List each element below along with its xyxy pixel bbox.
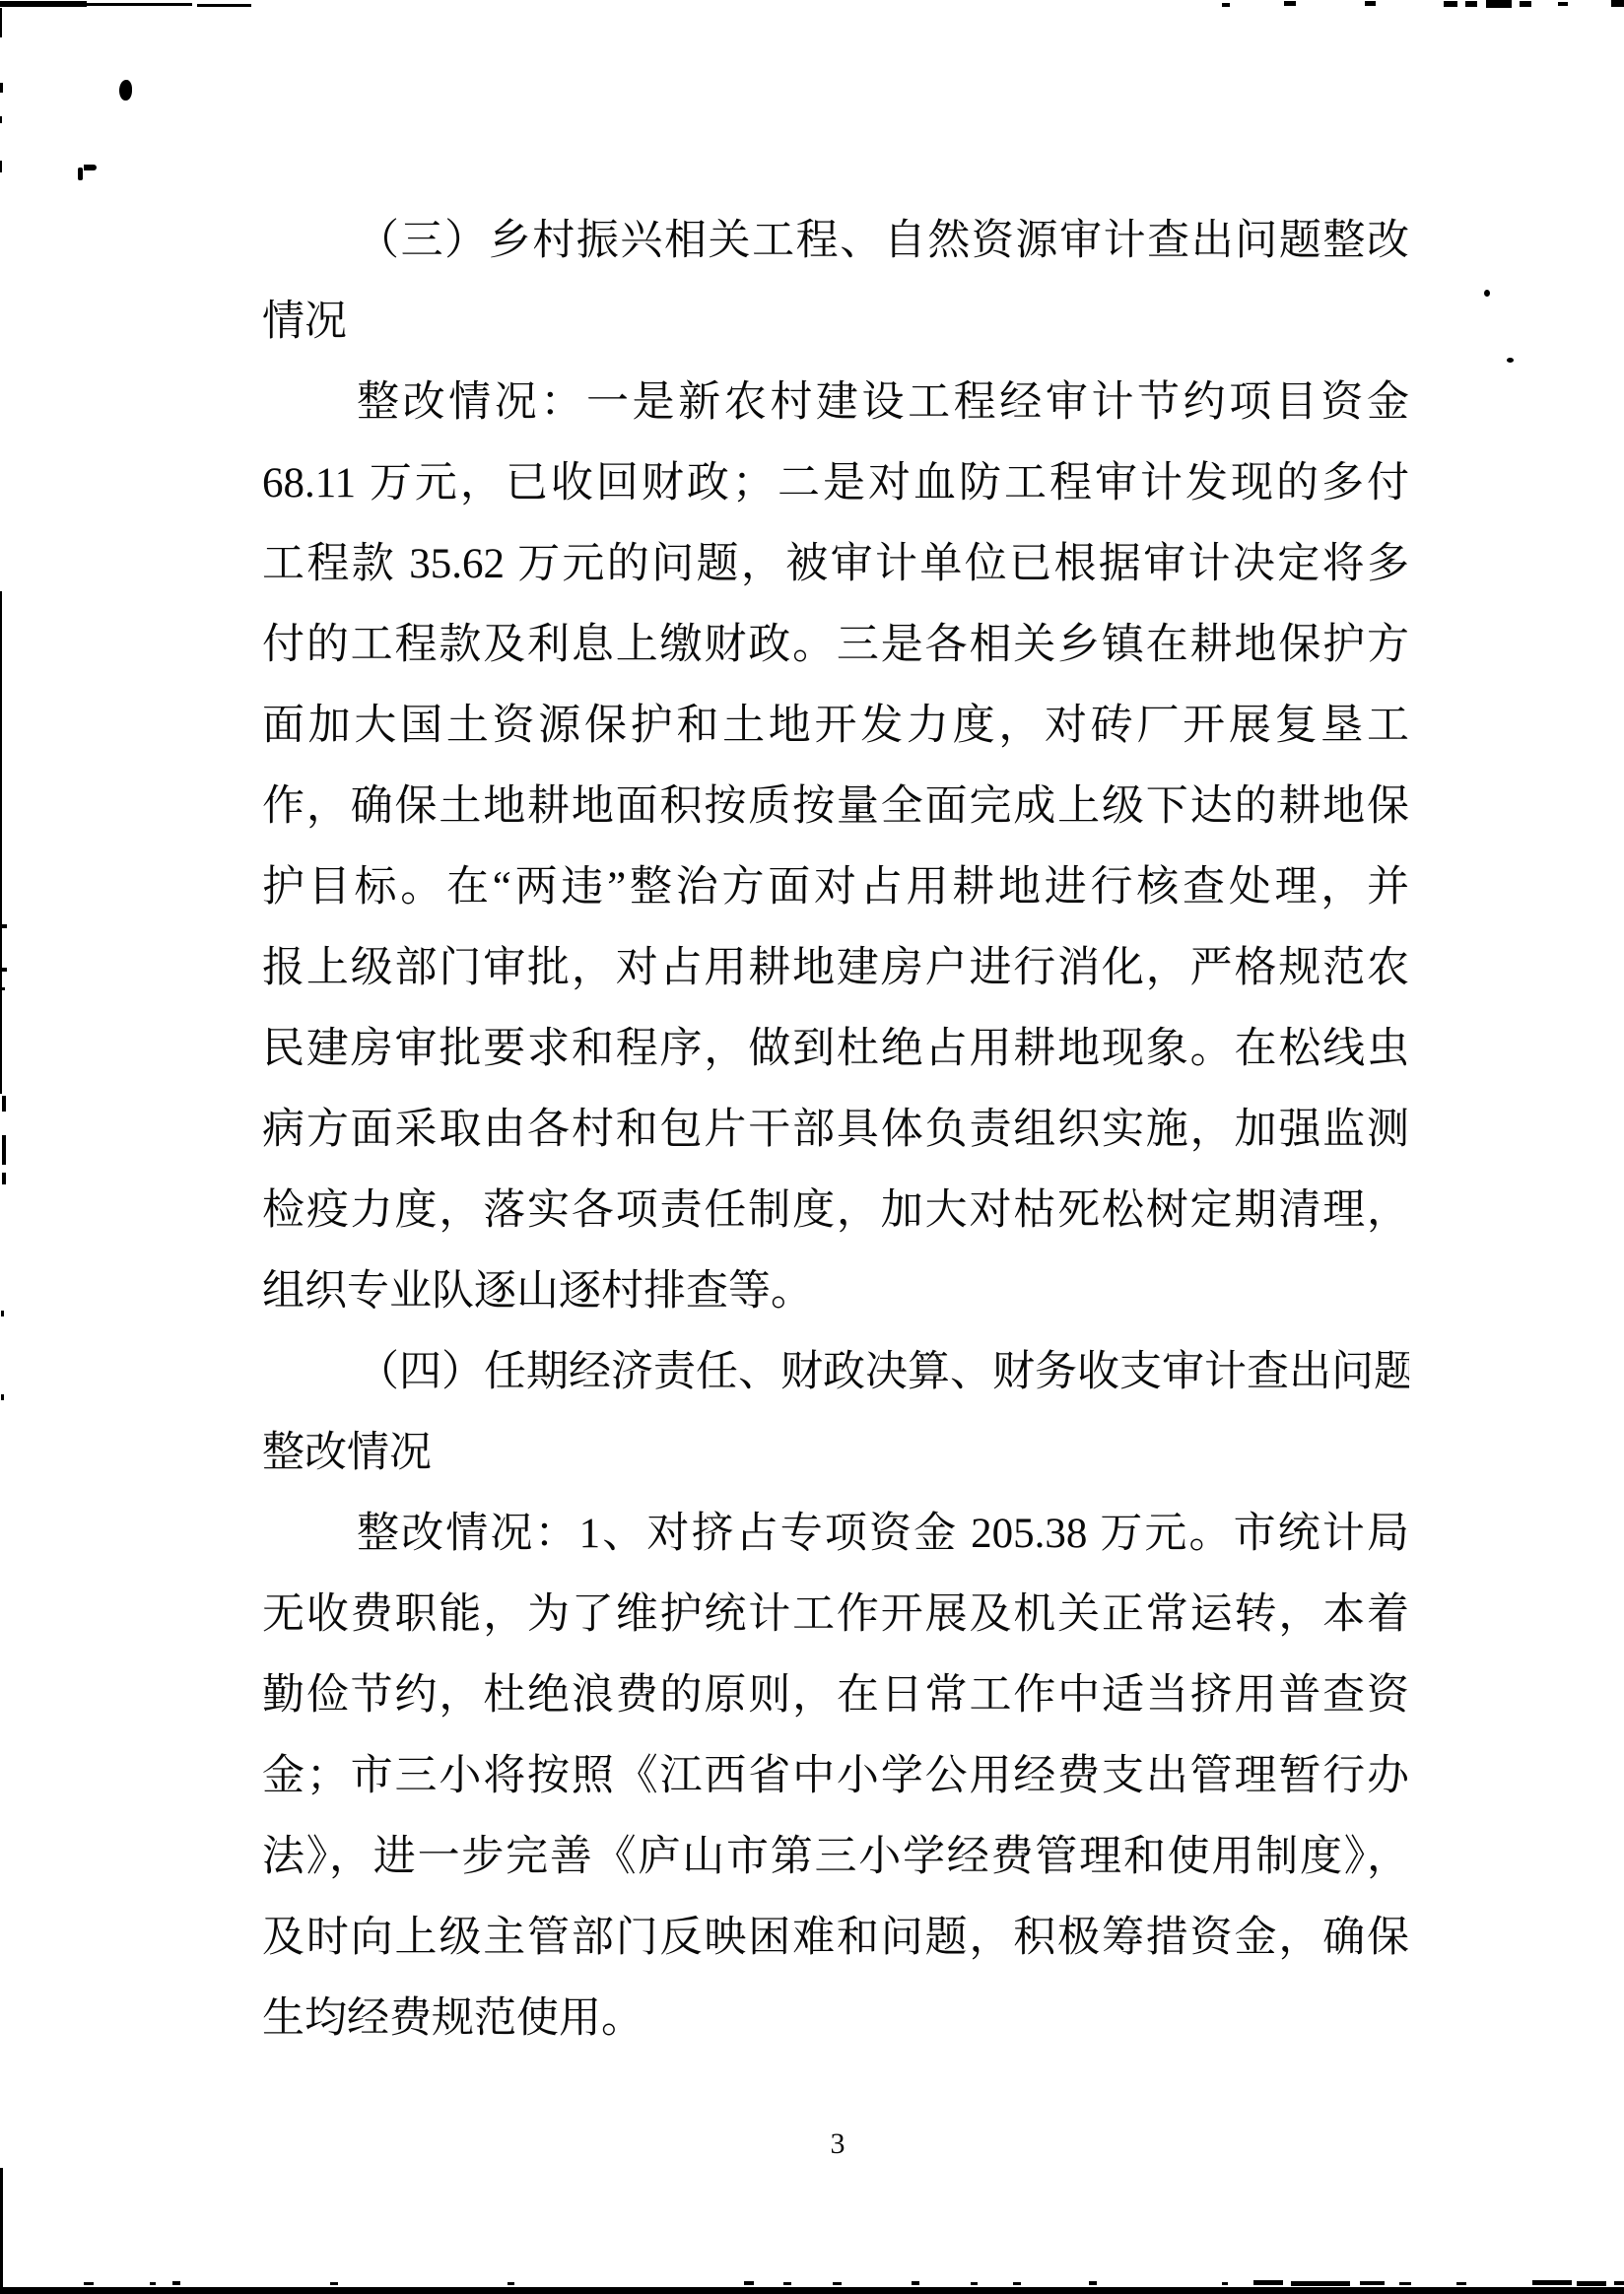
scan-mark bbox=[1222, 3, 1230, 7]
text-line: 法》，进一步完善《庐山市第三小学经费管理和使用制度》， bbox=[262, 1817, 1409, 1898]
scan-mark bbox=[783, 2282, 791, 2285]
scan-mark bbox=[912, 2281, 919, 2285]
text-line: 病方面采取由各村和包片干部具体负责组织实施，加强监测 bbox=[262, 1090, 1409, 1171]
scan-mark bbox=[1, 987, 5, 990]
scan-mark bbox=[1465, 1, 1477, 7]
scan-mark bbox=[0, 1, 87, 7]
scan-mark bbox=[1577, 2281, 1606, 2286]
scan-mark bbox=[150, 2282, 156, 2285]
scan-mark bbox=[0, 116, 2, 123]
corner-pen-mark bbox=[84, 165, 97, 170]
text-line: 金；市三小将按照《江西省中小学公用经费支出管理暂行办 bbox=[262, 1736, 1409, 1817]
text-line: 及时向上级主管部门反映困难和问题，积极筹措资金，确保 bbox=[262, 1898, 1409, 1979]
text-line: （四）任期经济责任、财政决算、财务收支审计查出问题 bbox=[262, 1332, 1409, 1413]
corner-pen-mark bbox=[78, 168, 83, 180]
text-line: 面加大国土资源保护和土地开发力度，对砖厂开展复垦工 bbox=[262, 686, 1409, 767]
document-text: （三）乡村振兴相关工程、自然资源审计查出问题整改 情况 整改情况：一是新农村建设… bbox=[262, 201, 1409, 2059]
scan-speck bbox=[1507, 358, 1514, 363]
scan-mark bbox=[1089, 2281, 1097, 2285]
scan-mark bbox=[1399, 2282, 1411, 2285]
scan-mark bbox=[2, 1096, 6, 1112]
scan-speck bbox=[1484, 290, 1490, 297]
text-line: 民建房审批要求和程序，做到杜绝占用耕地现象。在松线虫 bbox=[262, 1009, 1409, 1090]
text-line: 作，确保土地耕地面积按质按量全面完成上级下达的耕地保 bbox=[262, 767, 1409, 847]
scan-mark bbox=[1444, 1, 1457, 7]
text-line: 检疫力度，落实各项责任制度，加大对枯死松树定期清理， bbox=[262, 1171, 1409, 1251]
scan-mark bbox=[0, 83, 3, 93]
text-line: 生均经费规范使用。 bbox=[262, 1979, 1409, 2059]
scan-mark bbox=[1558, 2, 1568, 6]
ink-blob-mark bbox=[119, 80, 132, 101]
scanned-document-page: （三）乡村振兴相关工程、自然资源审计查出问题整改 情况 整改情况：一是新农村建设… bbox=[0, 0, 1624, 2294]
scan-mark bbox=[507, 2282, 514, 2285]
scan-mark bbox=[1291, 2281, 1350, 2286]
text-line: 68.11 万元，已收回财政；二是对血防工程审计发现的多付 bbox=[262, 443, 1409, 524]
scan-mark bbox=[1360, 2281, 1385, 2285]
page-number: 3 bbox=[818, 2125, 857, 2164]
scan-mark bbox=[2, 924, 7, 928]
scan-mark bbox=[0, 2287, 1624, 2294]
scan-mark bbox=[833, 2282, 842, 2285]
scan-mark bbox=[1, 1311, 4, 1316]
scan-mark bbox=[1365, 1, 1376, 6]
scan-mark bbox=[1611, 0, 1624, 7]
scan-mark bbox=[1013, 2282, 1021, 2285]
scan-mark bbox=[1520, 1, 1531, 7]
text-line: 工程款 35.62 万元的问题，被审计单位已根据审计决定将多 bbox=[262, 524, 1409, 605]
scan-mark bbox=[1614, 2281, 1624, 2285]
scan-mark bbox=[1222, 2282, 1228, 2285]
scan-mark bbox=[1532, 2280, 1572, 2285]
text-line: 整改情况：一是新农村建设工程经审计节约项目资金 bbox=[262, 363, 1409, 443]
scan-mark bbox=[1253, 2280, 1283, 2285]
scan-mark bbox=[0, 8, 2, 37]
scan-mark bbox=[172, 2281, 180, 2285]
text-line: 整改情况 bbox=[262, 1413, 1409, 1494]
scan-mark bbox=[330, 2282, 338, 2285]
scan-mark bbox=[971, 2282, 978, 2285]
scan-mark bbox=[1284, 1, 1296, 6]
scan-mark bbox=[1, 1394, 4, 1400]
text-line: 护目标。在“两违”整治方面对占用耕地进行核查处理，并 bbox=[262, 847, 1409, 928]
text-line: 报上级部门审批，对占用耕地建房户进行消化，严格规范农 bbox=[262, 928, 1409, 1009]
scan-mark bbox=[2, 1135, 6, 1165]
scan-mark bbox=[2, 968, 7, 972]
text-line: 情况 bbox=[262, 282, 1409, 363]
scan-mark bbox=[1486, 0, 1512, 8]
text-line: （三）乡村振兴相关工程、自然资源审计查出问题整改 bbox=[262, 201, 1409, 282]
scan-mark bbox=[0, 2168, 3, 2294]
scan-mark bbox=[0, 161, 2, 172]
scan-mark bbox=[1456, 2282, 1466, 2285]
scan-mark bbox=[84, 2282, 94, 2285]
text-line: 勤俭节约，杜绝浪费的原则，在日常工作中适当挤用普查资 bbox=[262, 1655, 1409, 1736]
scan-mark bbox=[0, 591, 2, 1094]
text-line: 整改情况：1、对挤占专项资金 205.38 万元。市统计局 bbox=[262, 1494, 1409, 1575]
scan-mark bbox=[197, 4, 251, 7]
scan-mark bbox=[84, 3, 192, 6]
text-line: 组织专业队逐山逐村排查等。 bbox=[262, 1251, 1409, 1332]
scan-mark bbox=[2, 1173, 6, 1184]
text-line: 付的工程款及利息上缴财政。三是各相关乡镇在耕地保护方 bbox=[262, 605, 1409, 686]
text-line: 无收费职能，为了维护统计工作开展及机关正常运转，本着 bbox=[262, 1575, 1409, 1655]
scan-mark bbox=[744, 2281, 754, 2285]
